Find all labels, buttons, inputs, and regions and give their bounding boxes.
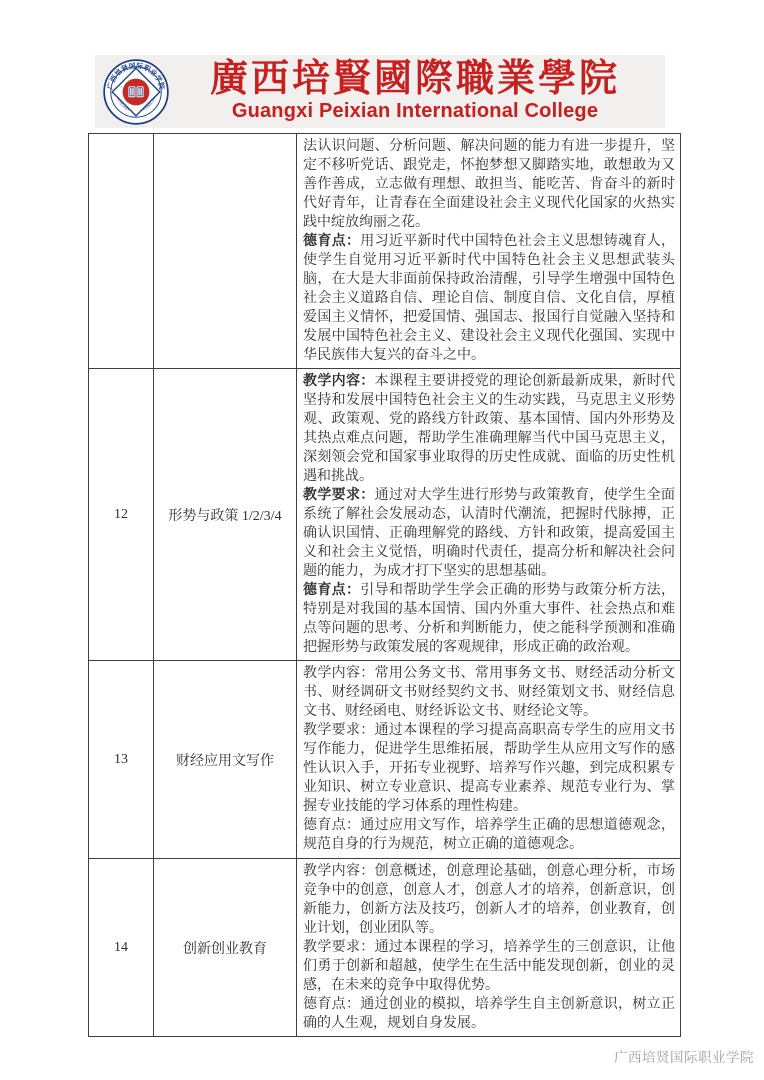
logo-center-circle	[123, 78, 150, 105]
table-row: 14 创新创业教育 教学内容：创意概述，创意理论基础，创意心理分析，市场竞争中的…	[89, 859, 681, 1037]
row-number-cell: 13	[89, 661, 154, 859]
paragraph-text: 用习近平新时代中国特色社会主义思想铸魂育人，使学生自觉用习近平新时代中国特色社会…	[303, 234, 675, 363]
paragraph: 法认识问题、分析问题、解决问题的能力有进一步提升，坚定不移听党话、跟党走，怀抱梦…	[303, 137, 675, 232]
paragraph: 教学内容：常用公务文书、常用事务文书、财经活动分析文书、财经调研文书财经契约文书…	[303, 664, 675, 721]
paragraph-text: 法认识问题、分析问题、解决问题的能力有进一步提升，坚定不移听党话、跟党走，怀抱梦…	[303, 139, 675, 230]
course-content-cell: 法认识问题、分析问题、解决问题的能力有进一步提升，坚定不移听党话、跟党走，怀抱梦…	[297, 134, 681, 369]
paragraph-label: 德育点：	[303, 818, 360, 833]
college-logo-icon: 广西培贤国际职业学院 GUANGXI PEIXIAN INTERNATIONAL…	[103, 59, 169, 125]
page-number: 7	[0, 985, 764, 1001]
course-name-cell: 创新创业教育	[154, 859, 297, 1037]
paragraph-label: 德育点：	[303, 583, 360, 598]
paragraph-label: 教学要求：	[303, 723, 375, 738]
paragraph: 德育点：通过应用文写作，培养学生正确的思想道德观念，规范自身的行为规范，树立正确…	[303, 816, 675, 854]
paragraph-label: 教学要求：	[303, 940, 375, 955]
paragraph: 教学要求：通过对大学生进行形势与政策教育，使学生全面系统了解社会发展动态，认清时…	[303, 486, 675, 581]
paragraph: 德育点：引导和帮助学生学会正确的形势与政策分析方法，特别是对我国的基本国情、国内…	[303, 581, 675, 657]
row-number-cell: 12	[89, 369, 154, 661]
college-name-zh: 廣西培賢國際職業學院	[210, 60, 620, 100]
course-content-cell: 教学内容：本课程主要讲授党的理论创新最新成果，新时代坚持和发展中国特色社会主义的…	[297, 369, 681, 661]
table-row: 13 财经应用文写作 教学内容：常用公务文书、常用事务文书、财经活动分析文书、财…	[89, 661, 681, 859]
paragraph-label: 教学内容：	[303, 666, 375, 681]
paragraph-label: 教学内容：	[303, 374, 375, 389]
course-name-cell: 形势与政策 1/2/3/4	[154, 369, 297, 661]
paragraph-text: 本课程主要讲授党的理论创新最新成果，新时代坚持和发展中国特色社会主义的生动实践，…	[303, 374, 675, 484]
college-titles: 廣西培賢國際職業學院 Guangxi Peixian International…	[169, 60, 661, 124]
table-row: 法认识问题、分析问题、解决问题的能力有进一步提升，坚定不移听党话、跟党走，怀抱梦…	[89, 134, 681, 369]
paragraph: 教学内容：本课程主要讲授党的理论创新最新成果，新时代坚持和发展中国特色社会主义的…	[303, 372, 675, 486]
document-page: 广西培贤国际职业学院 GUANGXI PEIXIAN INTERNATIONAL…	[0, 0, 764, 1080]
course-content-cell: 教学内容：常用公务文书、常用事务文书、财经活动分析文书、财经调研文书财经契约文书…	[297, 661, 681, 859]
course-content-cell: 教学内容：创意概述，创意理论基础，创意心理分析，市场竞争中的创意，创意人才，创意…	[297, 859, 681, 1037]
college-header: 广西培贤国际职业学院 GUANGXI PEIXIAN INTERNATIONAL…	[95, 55, 665, 128]
paragraph: 德育点：用习近平新时代中国特色社会主义思想铸魂育人，使学生自觉用习近平新时代中国…	[303, 232, 675, 365]
paragraph-label: 教学要求：	[303, 488, 375, 503]
row-number-cell	[89, 134, 154, 369]
paragraph: 教学要求：通过本课程的学习提高高职高专学生的应用文书写作能力，促进学生思维拓展，…	[303, 721, 675, 816]
paragraph-label: 德育点：	[303, 234, 360, 249]
row-number-cell: 14	[89, 859, 154, 1037]
paragraph-label: 教学内容：	[303, 864, 375, 879]
course-name-cell	[154, 134, 297, 369]
watermark: 广西培贤国际职业学院	[614, 1046, 754, 1066]
course-table: 法认识问题、分析问题、解决问题的能力有进一步提升，坚定不移听党话、跟党走，怀抱梦…	[88, 133, 681, 1037]
paragraph: 教学内容：创意概述，创意理论基础，创意心理分析，市场竞争中的创意，创意人才，创意…	[303, 862, 675, 938]
course-name-cell: 财经应用文写作	[154, 661, 297, 859]
table-row: 12 形势与政策 1/2/3/4 教学内容：本课程主要讲授党的理论创新最新成果，…	[89, 369, 681, 661]
college-name-en: Guangxi Peixian International College	[232, 100, 598, 123]
